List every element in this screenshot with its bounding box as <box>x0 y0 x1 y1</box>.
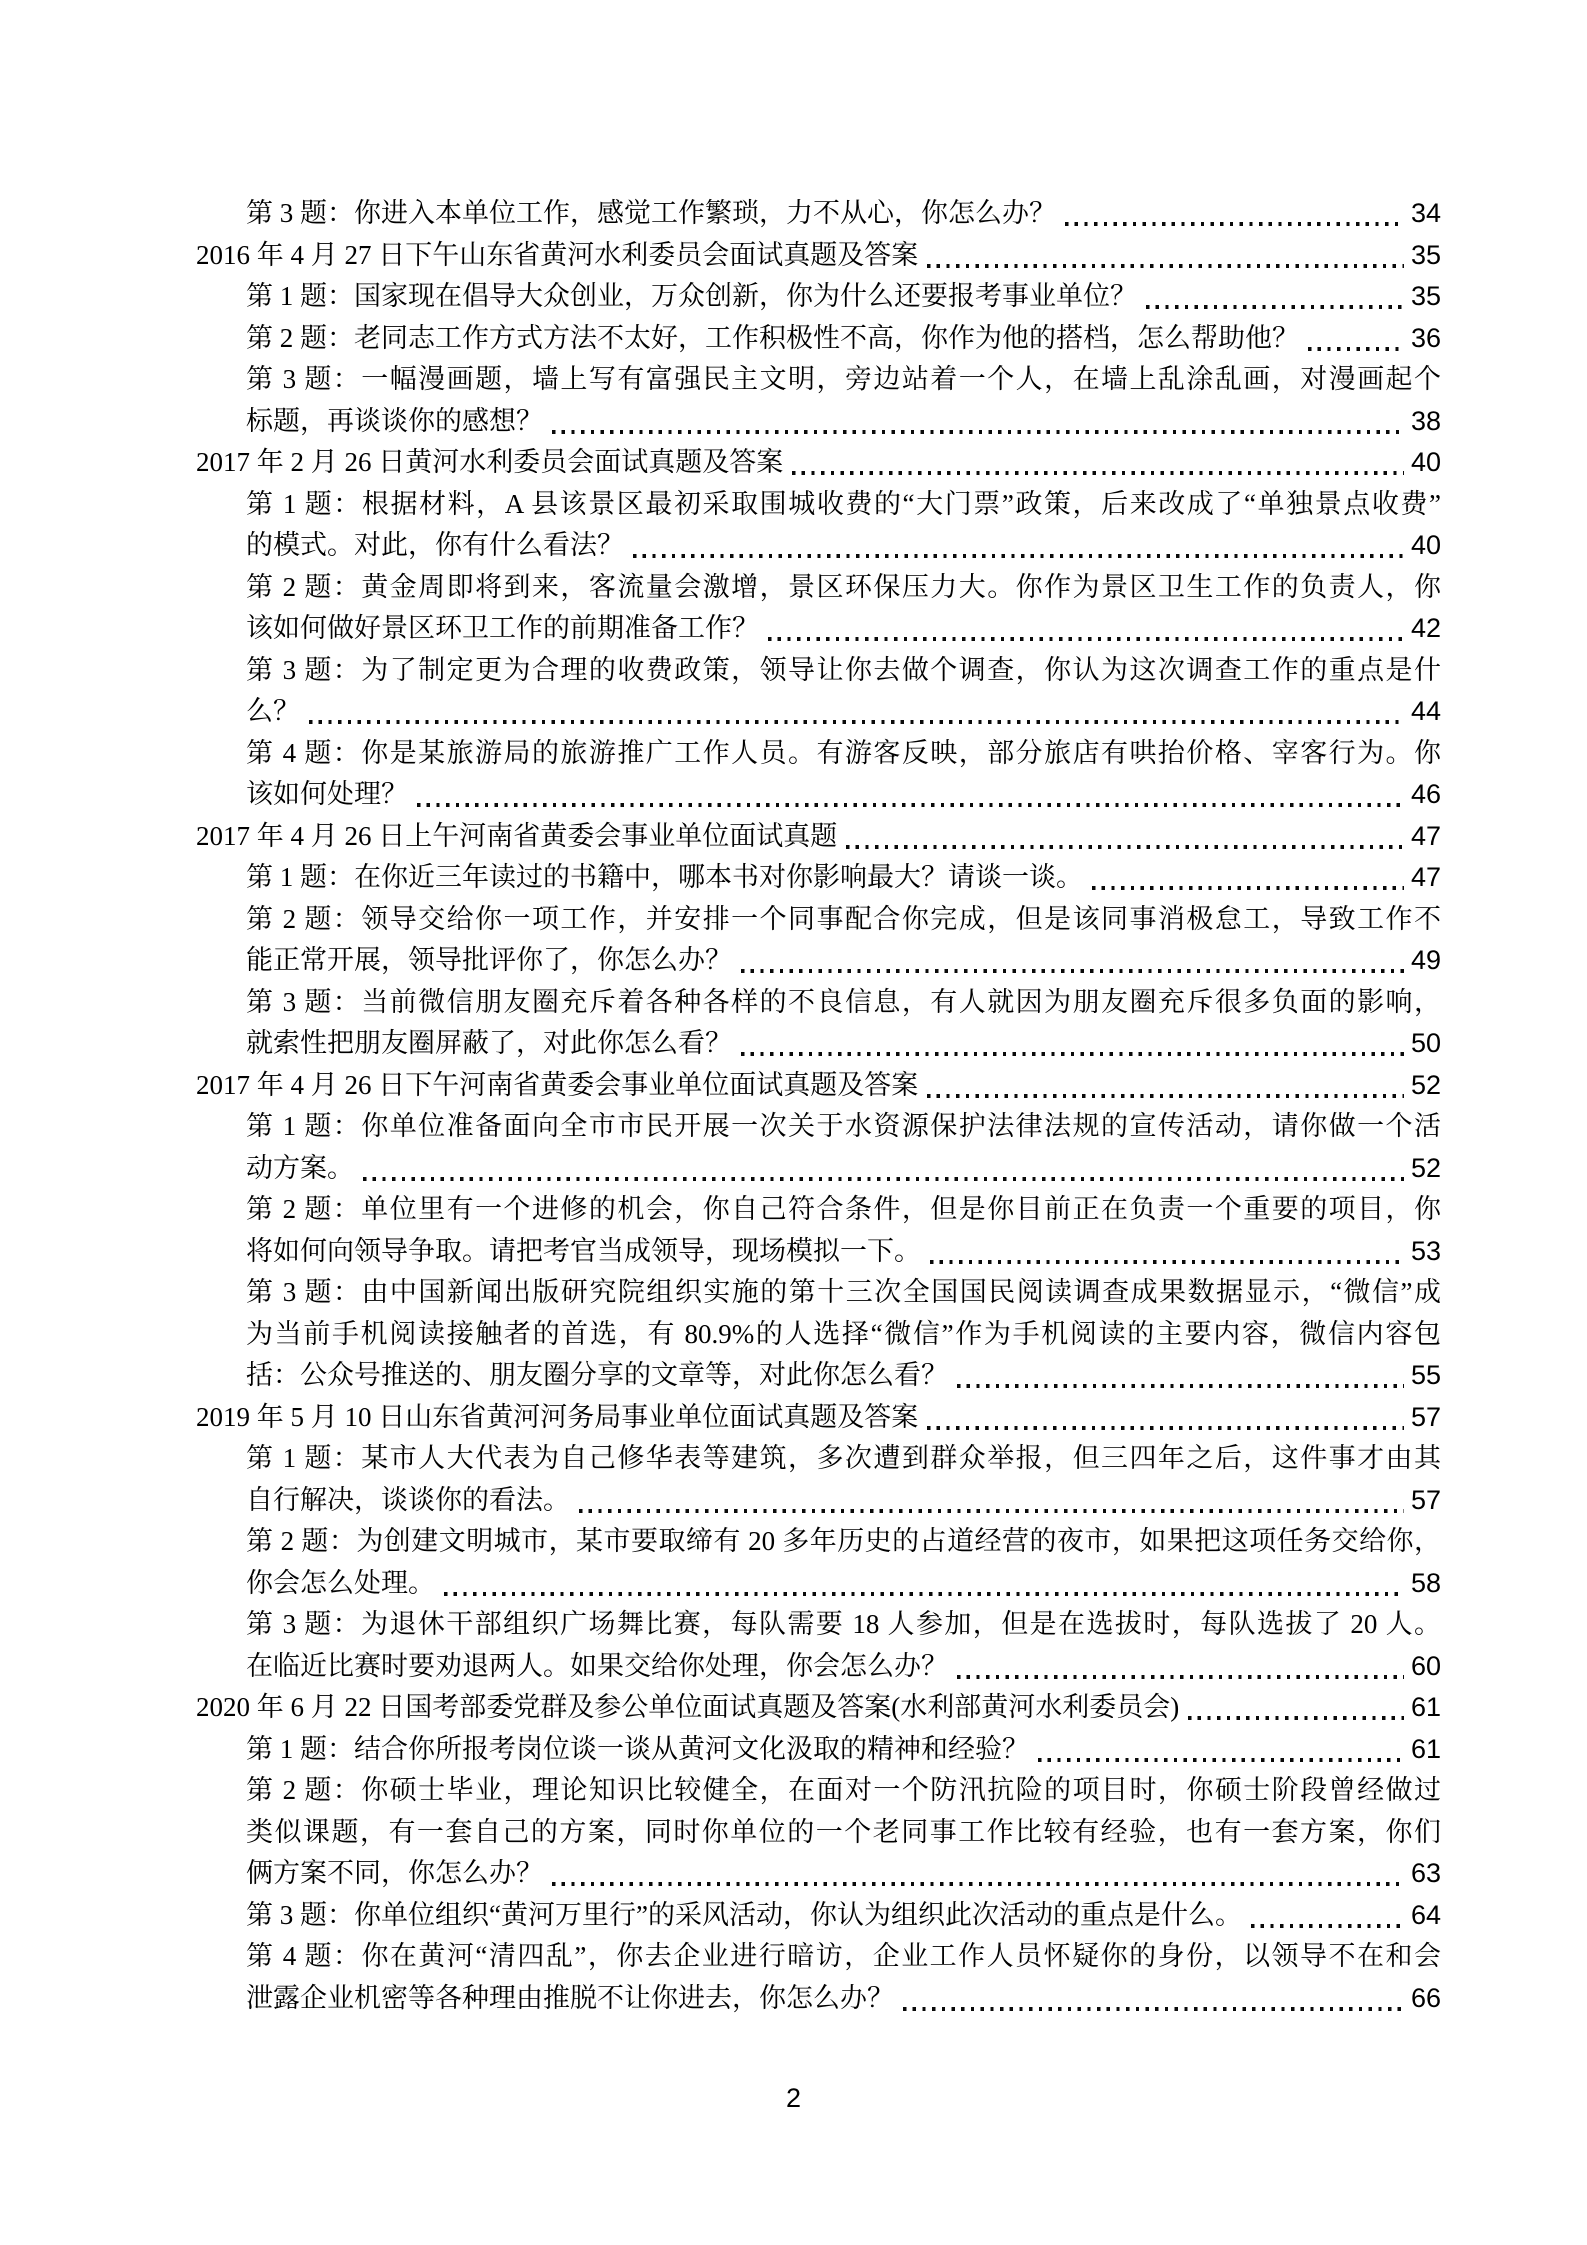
toc-page-ref: 60 <box>1411 1646 1441 1688</box>
toc-line-last: 第 2 题：老同志工作方式方法不太好，工作积极性不高，你作为他的搭档，怎么帮助他… <box>246 318 1441 360</box>
toc-entry-question[interactable]: 第 2 题：你硕士毕业，理论知识比较健全，在面对一个防汛抗险的项目时，你硕士阶段… <box>196 1770 1441 1895</box>
toc-line-text: 动方案。 <box>246 1148 354 1190</box>
dot-leader <box>1188 1716 1404 1720</box>
toc-entry-question[interactable]: 第 2 题：黄金周即将到来，客流量会激增，景区环保压力大。你作为景区卫生工作的负… <box>196 567 1441 650</box>
dot-leader <box>417 803 1404 807</box>
toc-line-last: 第 3 题：你进入本单位工作，感觉工作繁琐，力不从心，你怎么办？34 <box>246 193 1441 235</box>
toc-line-text: 第 1 题：根据材料，A 县该景区最初采取围城收费的“大门票”政策，后来改成了“… <box>246 484 1441 526</box>
toc-page-ref: 66 <box>1411 1978 1441 2020</box>
toc-entry-question[interactable]: 第 3 题：为退休干部组织广场舞比赛，每队需要 18 人参加，但是在选拔时，每队… <box>196 1604 1441 1687</box>
toc-page-ref: 63 <box>1411 1853 1441 1895</box>
page-footer: 2 <box>0 2082 1587 2114</box>
toc-entry-section[interactable]: 2017 年 4 月 26 日下午河南省黄委会事业单位面试真题及答案52 <box>196 1065 1441 1107</box>
toc-page-ref: 35 <box>1411 276 1441 318</box>
toc-line-text: 第 2 题：为创建文明城市，某市要取缔有 20 多年历史的占道经营的夜市，如果把… <box>246 1521 1441 1563</box>
toc-page-ref: 52 <box>1411 1148 1441 1190</box>
toc-line-last: 2016 年 4 月 27 日下午山东省黄河水利委员会面试真题及答案35 <box>196 235 1441 277</box>
toc-page-ref: 58 <box>1411 1563 1441 1605</box>
toc-entry-question[interactable]: 第 2 题：老同志工作方式方法不太好，工作积极性不高，你作为他的搭档，怎么帮助他… <box>196 318 1441 360</box>
toc-entry-question[interactable]: 第 3 题：当前微信朋友圈充斥着各种各样的不良信息，有人就因为朋友圈充斥很多负面… <box>196 982 1441 1065</box>
toc-line-last: 2017 年 2 月 26 日黄河水利委员会面试真题及答案40 <box>196 442 1441 484</box>
toc-line-text: 就索性把朋友圈屏蔽了，对此你怎么看？ <box>246 1023 732 1065</box>
toc-line-last: 该如何处理？46 <box>246 774 1441 816</box>
toc-line-text: 将如何向领导争取。请把考官当成领导，现场模拟一下。 <box>246 1231 921 1273</box>
toc-line-text: 俩方案不同，你怎么办？ <box>246 1853 543 1895</box>
toc-line-text: 第 3 题：你进入本单位工作，感觉工作繁琐，力不从心，你怎么办？ <box>246 193 1056 235</box>
toc: 第 3 题：你进入本单位工作，感觉工作繁琐，力不从心，你怎么办？342016 年… <box>196 193 1441 2019</box>
toc-line-text: 第 3 题：你单位组织“黄河万里行”的采风活动，你认为组织此次活动的重点是什么。 <box>246 1895 1242 1937</box>
toc-entry-section[interactable]: 2017 年 4 月 26 日上午河南省黄委会事业单位面试真题47 <box>196 816 1441 858</box>
toc-line-last: 动方案。52 <box>246 1148 1441 1190</box>
toc-line-text: 为当前手机阅读接触者的首选，有 80.9%的人选择“微信”作为手机阅读的主要内容… <box>246 1314 1441 1356</box>
toc-page-ref: 44 <box>1411 691 1441 733</box>
toc-page-ref: 53 <box>1411 1231 1441 1273</box>
toc-line-text: 2020 年 6 月 22 日国考部委党群及参公单位面试真题及答案(水利部黄河水… <box>196 1687 1179 1729</box>
toc-line-text: 该如何处理？ <box>246 774 408 816</box>
dot-leader <box>552 1882 1404 1886</box>
dot-leader <box>552 430 1404 434</box>
dot-leader <box>579 1509 1404 1513</box>
dot-leader <box>930 1260 1404 1264</box>
toc-line-text: 泄露企业机密等各种理由推脱不让你进去，你怎么办？ <box>246 1978 894 2020</box>
toc-line-text: 2017 年 4 月 26 日下午河南省黄委会事业单位面试真题及答案 <box>196 1065 918 1107</box>
dot-leader <box>903 2007 1404 2011</box>
toc-page-ref: 61 <box>1411 1729 1441 1771</box>
dot-leader <box>927 1426 1404 1430</box>
toc-line-text: 在临近比赛时要劝退两人。如果交给你处理，你会怎么办？ <box>246 1646 948 1688</box>
dot-leader <box>846 845 1404 849</box>
toc-line-text: 你会怎么处理。 <box>246 1563 435 1605</box>
toc-line-last: 2020 年 6 月 22 日国考部委党群及参公单位面试真题及答案(水利部黄河水… <box>196 1687 1441 1729</box>
toc-entry-question[interactable]: 第 1 题：某市人大代表为自己修华表等建筑，多次遭到群众举报，但三四年之后，这件… <box>196 1438 1441 1521</box>
toc-page-ref: 34 <box>1411 193 1441 235</box>
toc-page-ref: 38 <box>1411 401 1441 443</box>
toc-line-last: 的模式。对此，你有什么看法？40 <box>246 525 1441 567</box>
dot-leader <box>741 1052 1404 1056</box>
toc-line-text: 第 1 题：你单位准备面向全市市民开展一次关于水资源保护法律法规的宣传活动，请你… <box>246 1106 1441 1148</box>
toc-line-text: 第 2 题：单位里有一个进修的机会，你自己符合条件，但是你目前正在负责一个重要的… <box>246 1189 1441 1231</box>
footer-page-number: 2 <box>786 2083 801 2113</box>
toc-line-text: 第 3 题：为了制定更为合理的收费政策，领导让你去做个调查，你认为这次调查工作的… <box>246 650 1441 692</box>
toc-line-text: 2016 年 4 月 27 日下午山东省黄河水利委员会面试真题及答案 <box>196 235 918 277</box>
dot-leader <box>957 1384 1404 1388</box>
toc-page-ref: 42 <box>1411 608 1441 650</box>
dot-leader <box>927 264 1404 268</box>
toc-line-last: 该如何做好景区环卫工作的前期准备工作？42 <box>246 608 1441 650</box>
toc-line-text: 第 1 题：结合你所报考岗位谈一谈从黄河文化汲取的精神和经验？ <box>246 1729 1029 1771</box>
toc-entry-question[interactable]: 第 1 题：国家现在倡导大众创业，万众创新，你为什么还要报考事业单位？35 <box>196 276 1441 318</box>
toc-line-text: 类似课题，有一套自己的方案，同时你单位的一个老同事工作比较有经验，也有一套方案，… <box>246 1812 1441 1854</box>
dot-leader <box>768 637 1404 641</box>
toc-entry-section[interactable]: 2019 年 5 月 10 日山东省黄河河务局事业单位面试真题及答案57 <box>196 1397 1441 1439</box>
toc-line-text: 2017 年 4 月 26 日上午河南省黄委会事业单位面试真题 <box>196 816 837 858</box>
toc-entry-section[interactable]: 2016 年 4 月 27 日下午山东省黄河水利委员会面试真题及答案35 <box>196 235 1441 277</box>
toc-entry-question[interactable]: 第 3 题：你进入本单位工作，感觉工作繁琐，力不从心，你怎么办？34 <box>196 193 1441 235</box>
toc-line-text: 第 1 题：在你近三年读过的书籍中，哪本书对你影响最大？请谈一谈。 <box>246 857 1083 899</box>
toc-line-text: 第 3 题：为退休干部组织广场舞比赛，每队需要 18 人参加，但是在选拔时，每队… <box>246 1604 1441 1646</box>
toc-line-last: 能正常开展，领导批评你了，你怎么办？49 <box>246 940 1441 982</box>
toc-line-text: 第 2 题：老同志工作方式方法不太好，工作积极性不高，你作为他的搭档，怎么帮助他… <box>246 318 1299 360</box>
toc-line-text: 第 2 题：你硕士毕业，理论知识比较健全，在面对一个防汛抗险的项目时，你硕士阶段… <box>246 1770 1441 1812</box>
toc-line-last: 将如何向领导争取。请把考官当成领导，现场模拟一下。53 <box>246 1231 1441 1273</box>
toc-line-text: 第 3 题：一幅漫画题，墙上写有富强民主文明，旁边站着一个人，在墙上乱涂乱画，对… <box>246 359 1441 401</box>
dot-leader <box>1038 1758 1404 1762</box>
toc-page-ref: 40 <box>1411 442 1441 484</box>
toc-entry-question[interactable]: 第 3 题：为了制定更为合理的收费政策，领导让你去做个调查，你认为这次调查工作的… <box>196 650 1441 733</box>
toc-line-last: 第 1 题：结合你所报考岗位谈一谈从黄河文化汲取的精神和经验？61 <box>246 1729 1441 1771</box>
toc-entry-section[interactable]: 2017 年 2 月 26 日黄河水利委员会面试真题及答案40 <box>196 442 1441 484</box>
toc-page-ref: 49 <box>1411 940 1441 982</box>
toc-line-last: 泄露企业机密等各种理由推脱不让你进去，你怎么办？66 <box>246 1978 1441 2020</box>
toc-line-last: 第 1 题：国家现在倡导大众创业，万众创新，你为什么还要报考事业单位？35 <box>246 276 1441 318</box>
toc-line-last: 标题，再谈谈你的感想？38 <box>246 401 1441 443</box>
toc-line-text: 自行解决，谈谈你的看法。 <box>246 1480 570 1522</box>
toc-page-ref: 47 <box>1411 816 1441 858</box>
toc-line-last: 第 3 题：你单位组织“黄河万里行”的采风活动，你认为组织此次活动的重点是什么。… <box>246 1895 1441 1937</box>
dot-leader <box>444 1592 1404 1596</box>
toc-page-ref: 64 <box>1411 1895 1441 1937</box>
toc-entry-question[interactable]: 第 3 题：由中国新闻出版研究院组织实施的第十三次全国国民阅读调查成果数据显示，… <box>196 1272 1441 1397</box>
toc-entry-question[interactable]: 第 4 题：你是某旅游局的旅游推广工作人员。有游客反映，部分旅店有哄抬价格、宰客… <box>196 733 1441 816</box>
toc-line-text: 第 3 题：由中国新闻出版研究院组织实施的第十三次全国国民阅读调查成果数据显示，… <box>246 1272 1441 1314</box>
dot-leader <box>633 554 1404 558</box>
toc-line-last: 在临近比赛时要劝退两人。如果交给你处理，你会怎么办？60 <box>246 1646 1441 1688</box>
dot-leader <box>792 471 1404 475</box>
toc-entry-question[interactable]: 第 1 题：结合你所报考岗位谈一谈从黄河文化汲取的精神和经验？61 <box>196 1729 1441 1771</box>
dot-leader <box>927 1094 1404 1098</box>
toc-entry-question[interactable]: 第 1 题：根据材料，A 县该景区最初采取围城收费的“大门票”政策，后来改成了“… <box>196 484 1441 567</box>
toc-line-text: 第 2 题：黄金周即将到来，客流量会激增，景区环保压力大。你作为景区卫生工作的负… <box>246 567 1441 609</box>
toc-line-last: 2017 年 4 月 26 日上午河南省黄委会事业单位面试真题47 <box>196 816 1441 858</box>
toc-line-text: 2017 年 2 月 26 日黄河水利委员会面试真题及答案 <box>196 442 783 484</box>
toc-line-text: 第 3 题：当前微信朋友圈充斥着各种各样的不良信息，有人就因为朋友圈充斥很多负面… <box>246 982 1441 1024</box>
toc-line-text: 括：公众号推送的、朋友圈分享的文章等，对此你怎么看？ <box>246 1355 948 1397</box>
toc-page-ref: 36 <box>1411 318 1441 360</box>
toc-line-last: 俩方案不同，你怎么办？63 <box>246 1853 1441 1895</box>
toc-entry-question[interactable]: 第 2 题：为创建文明城市，某市要取缔有 20 多年历史的占道经营的夜市，如果把… <box>196 1521 1441 1604</box>
toc-entry-question[interactable]: 第 3 题：你单位组织“黄河万里行”的采风活动，你认为组织此次活动的重点是什么。… <box>196 1895 1441 1937</box>
toc-entry-question[interactable]: 第 2 题：单位里有一个进修的机会，你自己符合条件，但是你目前正在负责一个重要的… <box>196 1189 1441 1272</box>
toc-line-last: 2017 年 4 月 26 日下午河南省黄委会事业单位面试真题及答案52 <box>196 1065 1441 1107</box>
toc-page-ref: 46 <box>1411 774 1441 816</box>
toc-line-last: 就索性把朋友圈屏蔽了，对此你怎么看？50 <box>246 1023 1441 1065</box>
dot-leader <box>741 969 1404 973</box>
toc-line-text: 第 1 题：国家现在倡导大众创业，万众创新，你为什么还要报考事业单位？ <box>246 276 1137 318</box>
toc-entry-question[interactable]: 第 2 题：领导交给你一项工作，并安排一个同事配合你完成，但是该同事消极怠工，导… <box>196 899 1441 982</box>
toc-line-last: 括：公众号推送的、朋友圈分享的文章等，对此你怎么看？55 <box>246 1355 1441 1397</box>
toc-page-ref: 52 <box>1411 1065 1441 1107</box>
dot-leader <box>1065 222 1404 226</box>
toc-entry-section[interactable]: 2020 年 6 月 22 日国考部委党群及参公单位面试真题及答案(水利部黄河水… <box>196 1687 1441 1729</box>
toc-entry-question[interactable]: 第 1 题：你单位准备面向全市市民开展一次关于水资源保护法律法规的宣传活动，请你… <box>196 1106 1441 1189</box>
toc-line-last: 你会怎么处理。58 <box>246 1563 1441 1605</box>
dot-leader <box>309 720 1404 724</box>
toc-line-text: 该如何做好景区环卫工作的前期准备工作？ <box>246 608 759 650</box>
toc-line-text: 第 4 题：你在黄河“清四乱”，你去企业进行暗访，企业工作人员怀疑你的身份，以领… <box>246 1936 1441 1978</box>
toc-line-last: 第 1 题：在你近三年读过的书籍中，哪本书对你影响最大？请谈一谈。47 <box>246 857 1441 899</box>
toc-line-text: 第 1 题：某市人大代表为自己修华表等建筑，多次遭到群众举报，但三四年之后，这件… <box>246 1438 1441 1480</box>
toc-page-ref: 57 <box>1411 1480 1441 1522</box>
toc-entry-question[interactable]: 第 3 题：一幅漫画题，墙上写有富强民主文明，旁边站着一个人，在墙上乱涂乱画，对… <box>196 359 1441 442</box>
toc-line-last: 自行解决，谈谈你的看法。57 <box>246 1480 1441 1522</box>
toc-page-ref: 40 <box>1411 525 1441 567</box>
toc-line-text: 第 2 题：领导交给你一项工作，并安排一个同事配合你完成，但是该同事消极怠工，导… <box>246 899 1441 941</box>
toc-page-ref: 35 <box>1411 235 1441 277</box>
toc-line-text: 标题，再谈谈你的感想？ <box>246 401 543 443</box>
toc-page: 第 3 题：你进入本单位工作，感觉工作繁琐，力不从心，你怎么办？342016 年… <box>0 0 1587 2245</box>
toc-line-text: 能正常开展，领导批评你了，你怎么办？ <box>246 940 732 982</box>
toc-page-ref: 47 <box>1411 857 1441 899</box>
dot-leader <box>1308 347 1404 351</box>
dot-leader <box>1251 1924 1404 1928</box>
dot-leader <box>1092 886 1404 890</box>
toc-line-text: 第 4 题：你是某旅游局的旅游推广工作人员。有游客反映，部分旅店有哄抬价格、宰客… <box>246 733 1441 775</box>
dot-leader <box>1146 305 1404 309</box>
dot-leader <box>957 1675 1404 1679</box>
toc-entry-question[interactable]: 第 1 题：在你近三年读过的书籍中，哪本书对你影响最大？请谈一谈。47 <box>196 857 1441 899</box>
toc-line-text: 么？ <box>246 691 300 733</box>
toc-line-last: 么？44 <box>246 691 1441 733</box>
toc-page-ref: 55 <box>1411 1355 1441 1397</box>
toc-page-ref: 57 <box>1411 1397 1441 1439</box>
dot-leader <box>363 1177 1404 1181</box>
toc-entry-question[interactable]: 第 4 题：你在黄河“清四乱”，你去企业进行暗访，企业工作人员怀疑你的身份，以领… <box>196 1936 1441 2019</box>
toc-line-text: 的模式。对此，你有什么看法？ <box>246 525 624 567</box>
toc-page-ref: 50 <box>1411 1023 1441 1065</box>
toc-line-text: 2019 年 5 月 10 日山东省黄河河务局事业单位面试真题及答案 <box>196 1397 918 1439</box>
toc-line-last: 2019 年 5 月 10 日山东省黄河河务局事业单位面试真题及答案57 <box>196 1397 1441 1439</box>
toc-page-ref: 61 <box>1411 1687 1441 1729</box>
